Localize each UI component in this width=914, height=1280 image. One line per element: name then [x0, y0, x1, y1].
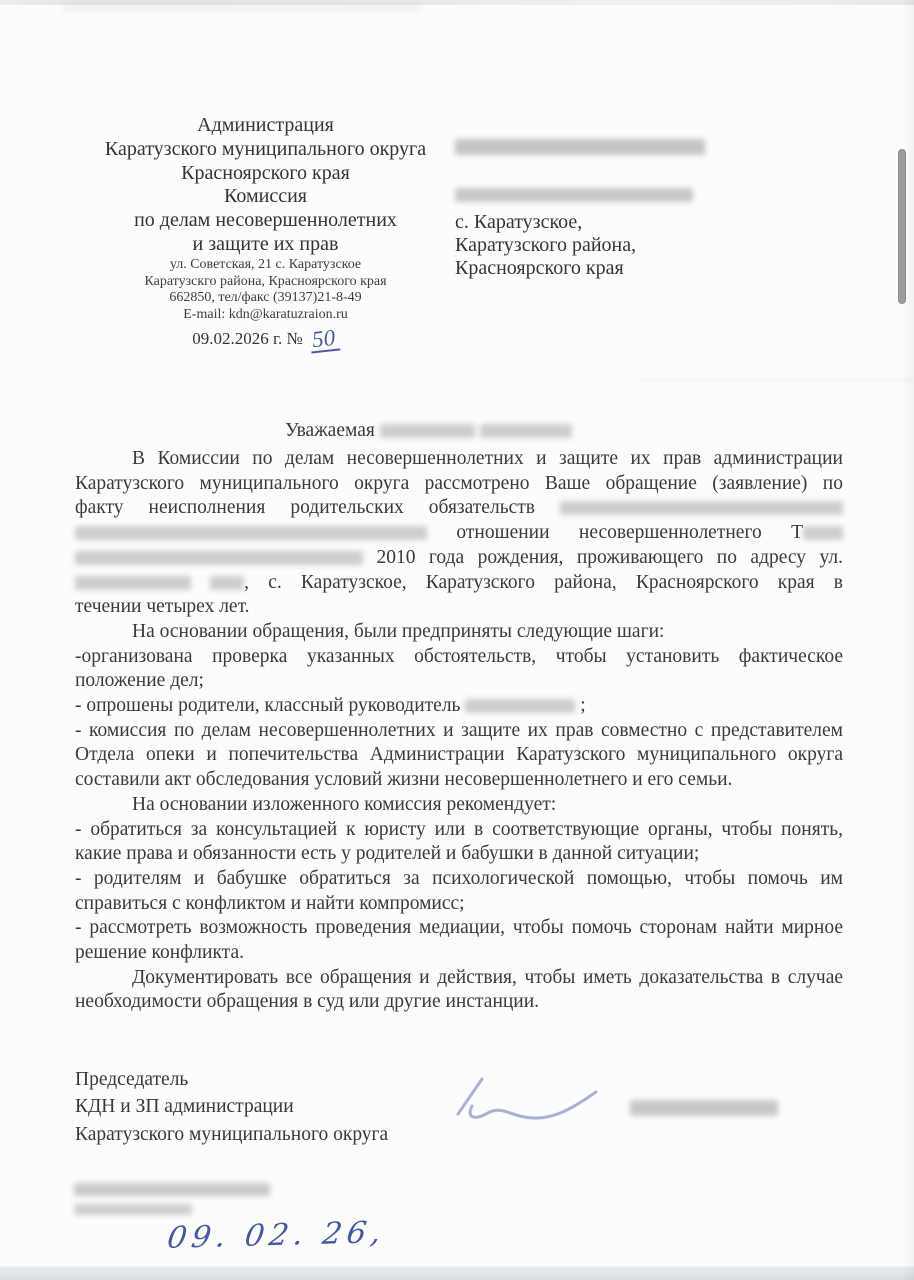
addressee-line: Красноярского края [455, 257, 765, 280]
redacted-executor-phone [74, 1204, 192, 1215]
body-line: В Комиссии по делам несовершеннолетних и… [75, 447, 843, 472]
org-address-line: Каратузскго района, Красноярского края [78, 274, 453, 291]
redacted-street [75, 576, 191, 590]
body-paragraph: - обратиться за консультацией к юристу и… [75, 818, 843, 867]
salutation-text: Уважаемая [285, 420, 375, 441]
redacted-minor-name [75, 551, 363, 565]
redacted-first-name [380, 424, 475, 438]
body-line: факту неисполнения родительских обязател… [75, 496, 843, 521]
scan-smudge [62, 4, 422, 12]
org-address-line: ул. Советская, 21 с. Каратузское [78, 257, 453, 274]
handwritten-signature [438, 1072, 603, 1127]
org-name-line: Красноярского края [78, 162, 453, 186]
body-text: ; [580, 695, 585, 716]
body-line: 2010 года рождения, проживающего по адре… [75, 546, 843, 571]
body-text: факту неисполнения родительских обязател… [75, 497, 535, 518]
signature-block: Председатель КДН и ЗП администрации Кара… [75, 1066, 495, 1148]
org-name-line: Каратузского муниципального округа [78, 138, 453, 162]
signer-title-line: КДН и ЗП администрации [75, 1093, 495, 1120]
org-name-line: Комиссия [78, 185, 453, 209]
redacted-parent-names [75, 526, 427, 540]
body-paragraph: - родителям и бабушке обратиться за псих… [75, 867, 843, 916]
addressee-line: с. Каратузское, [455, 211, 765, 234]
body-text: 2010 года рождения, проживающего по адре… [376, 547, 843, 568]
letter-body: В Комиссии по делам несовершеннолетних и… [75, 447, 843, 1015]
salutation-line: Уважаемая [75, 420, 843, 442]
scanned-letter-page: Администрация Каратузского муниципальног… [0, 0, 914, 1280]
body-line: течении четырех лет. [75, 595, 843, 620]
viewer-bottom-edge [0, 1266, 914, 1280]
body-text: отношении несовершеннолетнего Т [456, 522, 803, 543]
org-name-line: по делам несовершеннолетних [78, 209, 453, 233]
handwritten-date: 09. 02. 26, [165, 1215, 388, 1256]
redacted-teacher-name [465, 699, 575, 713]
signer-title-line: Председатель [75, 1066, 495, 1093]
redacted-addressee-name [455, 139, 705, 155]
body-text: В Комиссии по делам несовершеннолетних и… [132, 448, 843, 469]
addressee-line: Каратузского района, [455, 234, 765, 257]
redacted-parent-names [560, 501, 843, 515]
handwritten-doc-number: 50 [309, 327, 340, 354]
body-paragraph: - комиссия по делам несовершеннолетних и… [75, 719, 843, 793]
org-name-line: Администрация [78, 114, 453, 138]
redacted-house-number [210, 576, 244, 590]
doc-date-number-line: 09.02.2026 г. №50 [78, 326, 453, 350]
addressee-block: с. Каратузское, Каратузского района, Кра… [455, 139, 765, 280]
org-email-line: E-mail: kdn@karatuzraion.ru [78, 307, 453, 324]
body-paragraph: -организована проверка указанных обстоят… [75, 645, 843, 694]
sender-block: Администрация Каратузского муниципальног… [78, 114, 453, 350]
redacted-patronymic [480, 424, 572, 438]
redacted-executor-name [74, 1183, 270, 1196]
scan-edge-shadow [902, 0, 914, 1280]
body-line: , с. Каратузское, Каратузского района, К… [75, 571, 843, 596]
redacted-addressee-address [455, 188, 693, 202]
body-paragraph: На основании изложенного комиссия рекоме… [75, 793, 843, 818]
doc-date: 09.02.2026 г. № [192, 329, 303, 348]
scan-fold-line [640, 378, 914, 382]
redacted-signer-name [630, 1100, 778, 1116]
body-text: - опрошены родители, классный руководите… [75, 695, 460, 716]
org-phone-line: 662850, тел/факс (39137)21-8-49 [78, 290, 453, 307]
body-line: Каратузского муниципального округа рассм… [75, 472, 843, 497]
body-paragraph: На основании обращения, были предприняты… [75, 620, 843, 645]
org-name-line: и защите их прав [78, 233, 453, 257]
signer-title-line: Каратузского муниципального округа [75, 1121, 495, 1148]
body-paragraph: Документировать все обращения и действия… [75, 966, 843, 1015]
redacted-minor-surname [803, 526, 843, 540]
body-line: отношении несовершеннолетнего Т [75, 521, 843, 546]
body-text: Каратузского муниципального округа рассм… [75, 473, 843, 494]
body-text: , с. Каратузское, Каратузского района, К… [244, 572, 843, 593]
body-paragraph: - рассмотреть возможность проведения мед… [75, 916, 843, 965]
body-paragraph: - опрошены родители, классный руководите… [75, 694, 843, 719]
